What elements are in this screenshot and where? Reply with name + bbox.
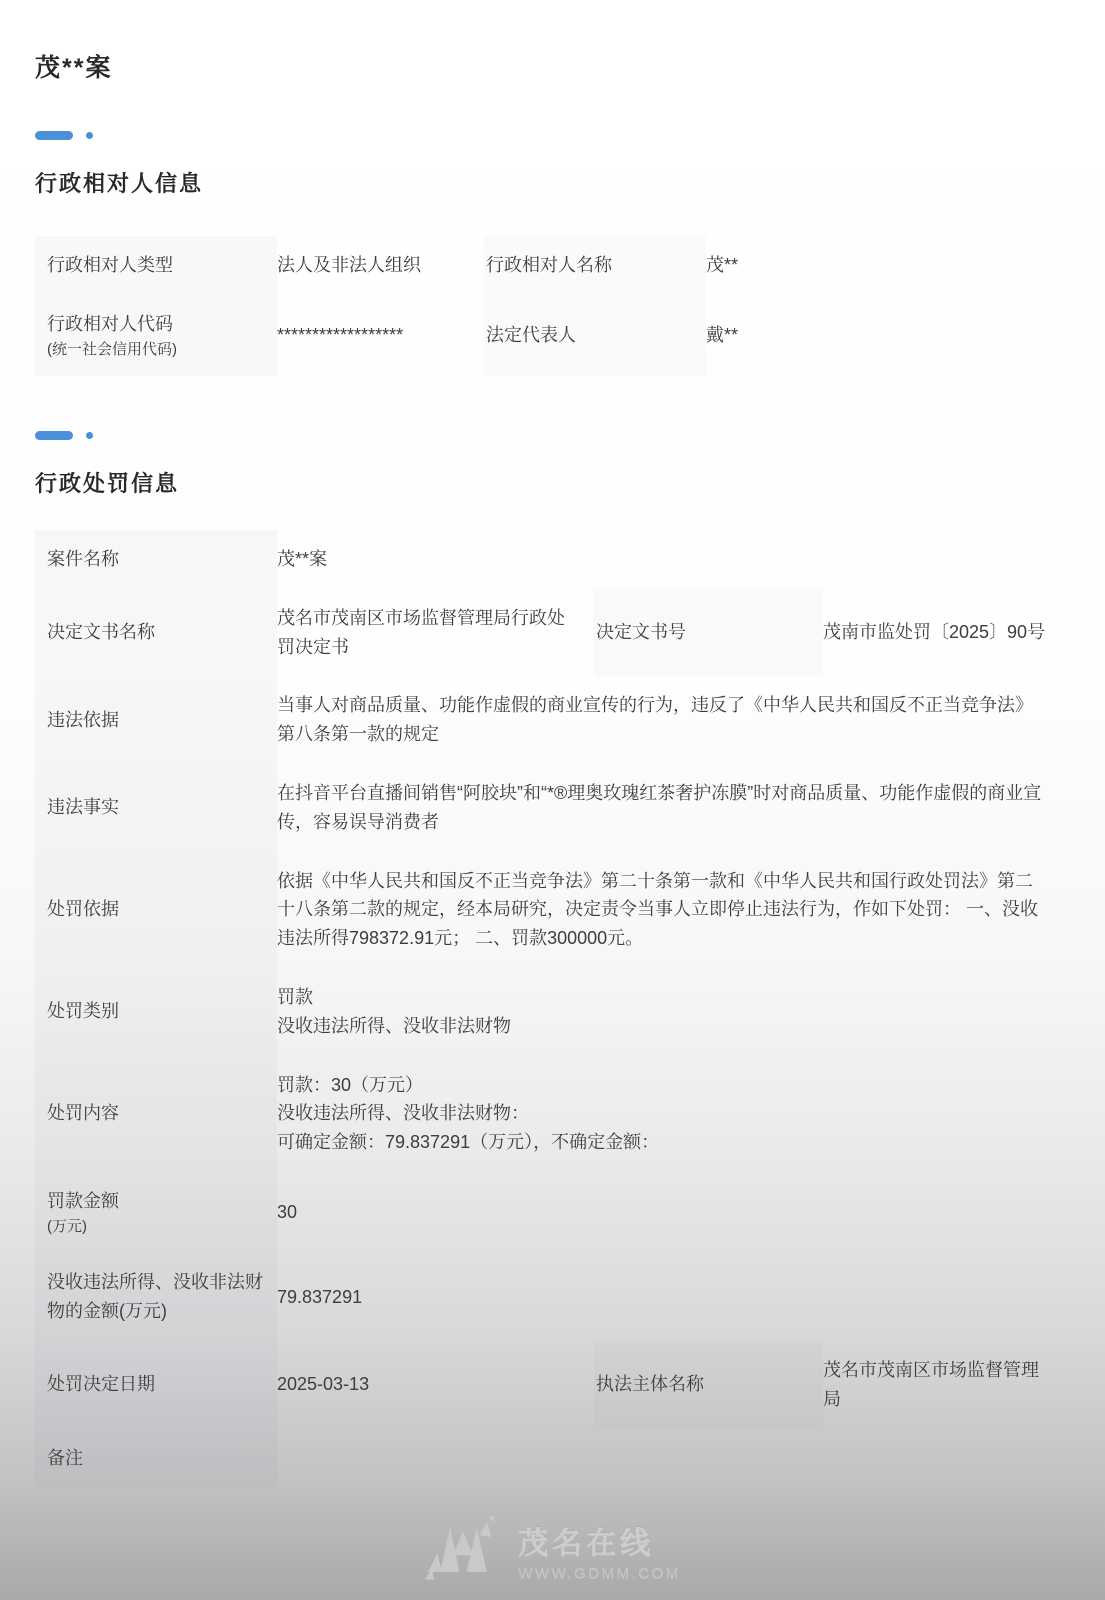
field-value-line: 罚款：30（万元） xyxy=(277,1071,1050,1100)
field-label-main: 行政相对人代码 xyxy=(47,310,265,339)
field-value-line: 可确定金额：79.837291（万元），不确定金额： xyxy=(277,1128,1050,1157)
page: 茂**案 行政相对人信息 行政相对人类型 法人及非法人组织 行政相对人名称 茂*… xyxy=(0,48,1105,1487)
field-value-line: 没收违法所得、没收非法财物： xyxy=(277,1099,1050,1128)
footer-brand-name: 茂名在线 xyxy=(518,1518,680,1562)
marker-dash-icon xyxy=(35,131,73,140)
row-remarks: 备注 xyxy=(35,1429,1070,1488)
field-value: 茂南市监处罚〔2025〕90号 xyxy=(823,589,1070,677)
field-label: 决定文书号 xyxy=(594,589,823,677)
field-value: 79.837291 xyxy=(277,1253,1070,1341)
section-marker-icon xyxy=(35,430,1070,440)
field-label: 处罚类别 xyxy=(35,968,277,1056)
row-legal-basis: 违法依据 当事人对商品质量、功能作虚假的商业宣传的行为，违反了《中华人民共和国反… xyxy=(35,676,1070,764)
field-value: 法人及非法人组织 xyxy=(277,236,484,295)
field-value: 茂** xyxy=(706,236,1070,295)
row-penalty-basis: 处罚依据 依据《中华人民共和国反不正当竞争法》第二十条第一款和《中华人民共和国行… xyxy=(35,852,1070,968)
marker-dot-icon xyxy=(86,432,93,439)
field-label-sub: (万元) xyxy=(47,1216,265,1239)
maoming-online-logo-icon xyxy=(424,1515,502,1586)
field-value: 当事人对商品质量、功能作虚假的商业宣传的行为，违反了《中华人民共和国反不正当竞争… xyxy=(277,676,1070,764)
field-label: 处罚内容 xyxy=(35,1056,277,1172)
row-illegal-fact: 违法事实 在抖音平台直播间销售“阿胶块”和“*®理奥玫瑰红茶奢护冻膜”时对商品质… xyxy=(35,764,1070,852)
field-value: 30 xyxy=(277,1172,1070,1253)
field-label: 案件名称 xyxy=(35,530,277,589)
section-heading-penalty: 行政处罚信息 xyxy=(35,467,1070,498)
section-marker-icon xyxy=(35,130,1070,140)
table-row: 行政相对人类型 法人及非法人组织 行政相对人名称 茂** xyxy=(35,236,1070,295)
penalty-info-table: 案件名称 茂**案 决定文书名称 茂名市茂南区市场监督管理局行政处罚决定书 决定… xyxy=(35,530,1070,1487)
subject-info-table: 行政相对人类型 法人及非法人组织 行政相对人名称 茂** 行政相对人代码 (统一… xyxy=(35,236,1070,376)
footer-site-url: WWW.GDMM.COM xyxy=(518,1565,680,1582)
field-value: 茂名市茂南区市场监督管理局 xyxy=(823,1341,1070,1429)
marker-dash-icon xyxy=(35,431,73,440)
field-label: 备注 xyxy=(35,1429,277,1488)
field-label: 违法事实 xyxy=(35,764,277,852)
row-decision-doc: 决定文书名称 茂名市茂南区市场监督管理局行政处罚决定书 决定文书号 茂南市监处罚… xyxy=(35,589,1070,677)
field-label: 处罚决定日期 xyxy=(35,1341,277,1429)
footer-watermark: 茂名在线 WWW.GDMM.COM xyxy=(0,1500,1105,1600)
row-penalty-content: 处罚内容 罚款：30（万元） 没收违法所得、没收非法财物： 可确定金额：79.8… xyxy=(35,1056,1070,1172)
field-label-main: 罚款金额 xyxy=(47,1187,265,1216)
field-value: 茂**案 xyxy=(277,530,1070,589)
section-heading-subject: 行政相对人信息 xyxy=(35,167,1070,198)
field-value-line: 罚款 xyxy=(277,983,1050,1012)
field-value: 2025-03-13 xyxy=(277,1341,594,1429)
page-title: 茂**案 xyxy=(35,48,1070,84)
field-value: 罚款：30（万元） 没收违法所得、没收非法财物： 可确定金额：79.837291… xyxy=(277,1056,1070,1172)
field-value-line: 没收违法所得、没收非法财物 xyxy=(277,1012,1050,1041)
field-label: 罚款金额 (万元) xyxy=(35,1172,277,1253)
field-label: 行政相对人代码 (统一社会信用代码) xyxy=(35,295,277,376)
field-label: 执法主体名称 xyxy=(594,1341,823,1429)
row-confiscation-amount: 没收违法所得、没收非法财物的金额(万元) 79.837291 xyxy=(35,1253,1070,1341)
row-decision-date: 处罚决定日期 2025-03-13 执法主体名称 茂名市茂南区市场监督管理局 xyxy=(35,1341,1070,1429)
table-row: 行政相对人代码 (统一社会信用代码) ****************** 法定… xyxy=(35,295,1070,376)
field-label: 法定代表人 xyxy=(484,295,706,376)
field-value: 依据《中华人民共和国反不正当竞争法》第二十条第一款和《中华人民共和国行政处罚法》… xyxy=(277,852,1070,968)
field-label: 没收违法所得、没收非法财物的金额(万元) xyxy=(35,1253,277,1341)
row-case-name: 案件名称 茂**案 xyxy=(35,530,1070,589)
field-label: 决定文书名称 xyxy=(35,589,277,677)
marker-dot-icon xyxy=(86,132,93,139)
row-penalty-type: 处罚类别 罚款 没收违法所得、没收非法财物 xyxy=(35,968,1070,1056)
footer-brand-text: 茂名在线 WWW.GDMM.COM xyxy=(518,1518,680,1582)
field-value: 罚款 没收违法所得、没收非法财物 xyxy=(277,968,1070,1056)
field-value: 在抖音平台直播间销售“阿胶块”和“*®理奥玫瑰红茶奢护冻膜”时对商品质量、功能作… xyxy=(277,764,1070,852)
field-label: 违法依据 xyxy=(35,676,277,764)
field-label: 行政相对人名称 xyxy=(484,236,706,295)
field-label-sub: (统一社会信用代码) xyxy=(47,339,265,362)
field-value: ****************** xyxy=(277,295,484,376)
field-value xyxy=(277,1429,1070,1488)
field-value: 戴** xyxy=(706,295,1070,376)
field-label: 行政相对人类型 xyxy=(35,236,277,295)
field-value: 茂名市茂南区市场监督管理局行政处罚决定书 xyxy=(277,589,594,677)
row-fine-amount: 罚款金额 (万元) 30 xyxy=(35,1172,1070,1253)
field-label: 处罚依据 xyxy=(35,852,277,968)
